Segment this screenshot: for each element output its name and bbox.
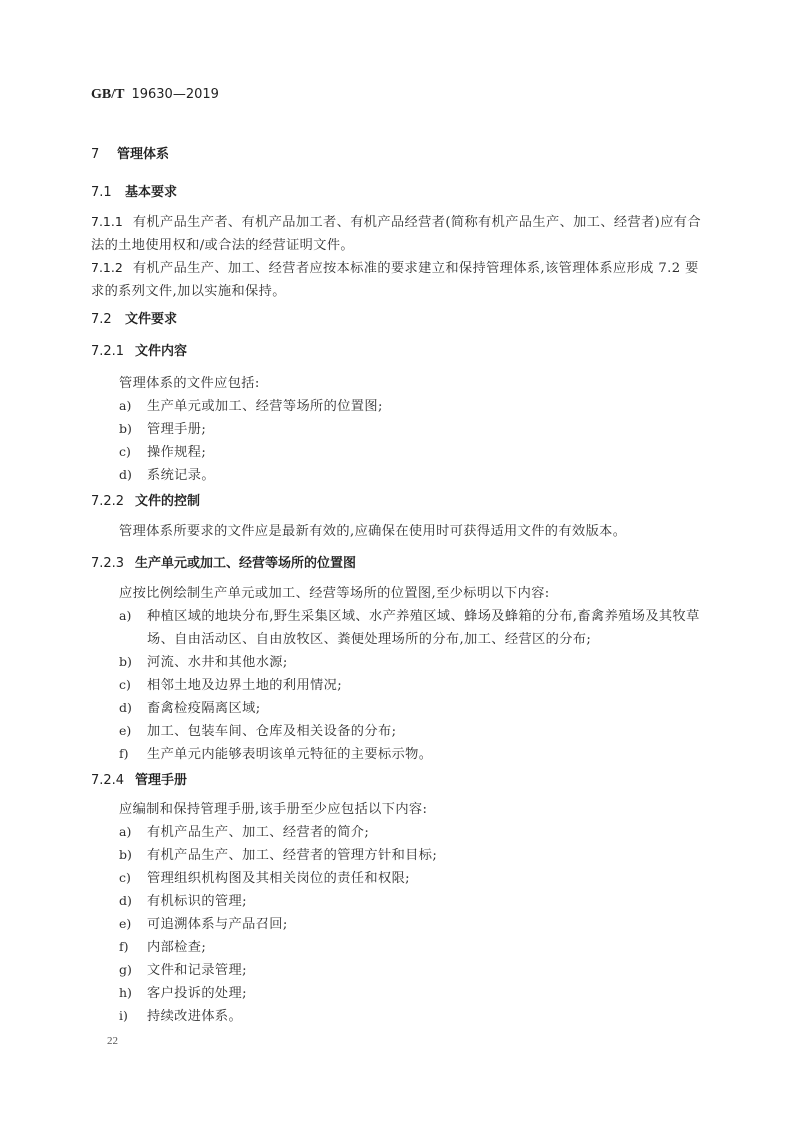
list-marker: i): [119, 1008, 147, 1023]
clause-7-1-1-line2: 法的土地使用权和/或合法的经营证明文件。: [91, 234, 354, 253]
section-number: 7.2.4: [91, 773, 135, 788]
list-text: 相邻土地及边界土地的利用情况;: [147, 678, 342, 693]
clause-text: 有机产品生产者、有机产品加工者、有机产品经营者(简称有机产品生产、加工、经营者)…: [133, 215, 701, 230]
list-marker: g): [119, 962, 147, 977]
list-text: 内部检查;: [147, 940, 206, 955]
list-marker: a): [119, 398, 147, 413]
section-number: 7.2.2: [91, 494, 135, 509]
list-marker: b): [119, 847, 147, 862]
section-7-2-1-intro: 管理体系的文件应包括:: [119, 372, 260, 391]
list-marker: d): [119, 893, 147, 908]
section-7-2-3-heading: 7.2.3生产单元或加工、经营等场所的位置图: [91, 552, 356, 571]
standard-code: GB/T: [91, 87, 124, 102]
list-text: 有机标识的管理;: [147, 894, 247, 909]
list-item-continuation: 场、自由活动区、自由放牧区、粪便处理场所的分布,加工、经营区的分布;: [147, 628, 591, 647]
list-marker: c): [119, 444, 147, 459]
list-text: 持续改进体系。: [147, 1009, 242, 1024]
list-item: d)畜禽检疫隔离区域;: [119, 697, 261, 716]
section-title: 基本要求: [125, 185, 177, 200]
list-item: b)有机产品生产、加工、经营者的管理方针和目标;: [119, 844, 437, 863]
section-title: 管理手册: [135, 773, 187, 788]
list-marker: a): [119, 608, 147, 623]
section-7-2-2-heading: 7.2.2文件的控制: [91, 490, 200, 509]
section-7-heading: 7管理体系: [91, 143, 169, 162]
page-number: 22: [107, 1035, 118, 1047]
section-title: 生产单元或加工、经营等场所的位置图: [135, 556, 356, 571]
list-item: b)河流、水井和其他水源;: [119, 651, 288, 670]
list-text: 畜禽检疫隔离区域;: [147, 701, 261, 716]
section-7-2-1-heading: 7.2.1文件内容: [91, 340, 187, 359]
section-number: 7.2.3: [91, 556, 135, 571]
list-text: 有机产品生产、加工、经营者的管理方针和目标;: [147, 848, 437, 863]
section-7-2-heading: 7.2文件要求: [91, 308, 177, 327]
running-header: GB/T 19630—2019: [91, 87, 219, 103]
list-item: h)客户投诉的处理;: [119, 982, 247, 1001]
list-item: f)生产单元内能够表明该单元特征的主要标示物。: [119, 743, 432, 762]
list-item: f)内部检查;: [119, 936, 206, 955]
section-7-2-2-body: 管理体系所要求的文件应是最新有效的,应确保在使用时可获得适用文件的有效版本。: [119, 520, 626, 539]
list-item: d)有机标识的管理;: [119, 890, 247, 909]
clause-text: 有机产品生产、加工、经营者应按本标准的要求建立和保持管理体系,该管理体系应形成 …: [133, 261, 699, 276]
list-item: e)加工、包装车间、仓库及相关设备的分布;: [119, 720, 396, 739]
list-marker: e): [119, 723, 147, 738]
list-marker: e): [119, 916, 147, 931]
section-title: 文件内容: [135, 344, 187, 359]
list-text: 生产单元内能够表明该单元特征的主要标示物。: [147, 747, 432, 762]
list-marker: a): [119, 824, 147, 839]
clause-7-1-1-line1: 7.1.1有机产品生产者、有机产品加工者、有机产品经营者(简称有机产品生产、加工…: [91, 211, 701, 230]
list-marker: h): [119, 985, 147, 1000]
list-item: b)管理手册;: [119, 418, 206, 437]
section-number: 7.2: [91, 312, 125, 327]
list-item: a)有机产品生产、加工、经营者的简介;: [119, 821, 369, 840]
list-item: c)管理组织机构图及其相关岗位的责任和权限;: [119, 867, 410, 886]
section-number: 7: [91, 147, 117, 162]
section-title: 管理体系: [117, 147, 169, 162]
section-number: 7.1: [91, 185, 125, 200]
section-title: 文件的控制: [135, 494, 200, 509]
list-marker: f): [119, 746, 147, 761]
list-item: e)可追溯体系与产品召回;: [119, 913, 288, 932]
list-text: 有机产品生产、加工、经营者的简介;: [147, 825, 369, 840]
list-text: 客户投诉的处理;: [147, 986, 247, 1001]
section-7-2-4-intro: 应编制和保持管理手册,该手册至少应包括以下内容:: [119, 798, 427, 817]
list-text: 管理手册;: [147, 422, 206, 437]
list-item: a)种植区域的地块分布,野生采集区域、水产养殖区域、蜂场及蜂箱的分布,畜禽养殖场…: [119, 605, 700, 624]
list-marker: d): [119, 467, 147, 482]
list-marker: d): [119, 700, 147, 715]
section-7-2-4-heading: 7.2.4管理手册: [91, 769, 187, 788]
list-item: g)文件和记录管理;: [119, 959, 247, 978]
clause-7-1-2-line2: 求的系列文件,加以实施和保持。: [91, 280, 286, 299]
list-text: 加工、包装车间、仓库及相关设备的分布;: [147, 724, 396, 739]
list-marker: c): [119, 870, 147, 885]
clause-7-1-2-line1: 7.1.2有机产品生产、加工、经营者应按本标准的要求建立和保持管理体系,该管理体…: [91, 257, 699, 276]
list-text: 操作规程;: [147, 445, 206, 460]
list-item: d)系统记录。: [119, 464, 215, 483]
section-title: 文件要求: [125, 312, 177, 327]
list-marker: f): [119, 939, 147, 954]
clause-number: 7.1.1: [91, 214, 123, 229]
list-marker: b): [119, 421, 147, 436]
list-text: 可追溯体系与产品召回;: [147, 917, 288, 932]
list-text: 管理组织机构图及其相关岗位的责任和权限;: [147, 871, 410, 886]
list-text: 河流、水井和其他水源;: [147, 655, 288, 670]
list-text: 系统记录。: [147, 468, 215, 483]
clause-number: 7.1.2: [91, 260, 123, 275]
standard-number: 19630—2019: [131, 87, 218, 102]
list-text: 文件和记录管理;: [147, 963, 247, 978]
section-7-1-heading: 7.1基本要求: [91, 181, 177, 200]
list-item: c)相邻土地及边界土地的利用情况;: [119, 674, 342, 693]
list-text: 生产单元或加工、经营等场所的位置图;: [147, 399, 383, 414]
list-text: 种植区域的地块分布,野生采集区域、水产养殖区域、蜂场及蜂箱的分布,畜禽养殖场及其…: [147, 609, 700, 624]
list-item: i)持续改进体系。: [119, 1005, 242, 1024]
section-7-2-3-intro: 应按比例绘制生产单元或加工、经营等场所的位置图,至少标明以下内容:: [119, 582, 550, 601]
list-marker: c): [119, 677, 147, 692]
section-number: 7.2.1: [91, 344, 135, 359]
list-item: c)操作规程;: [119, 441, 206, 460]
list-item: a)生产单元或加工、经营等场所的位置图;: [119, 395, 383, 414]
list-marker: b): [119, 654, 147, 669]
